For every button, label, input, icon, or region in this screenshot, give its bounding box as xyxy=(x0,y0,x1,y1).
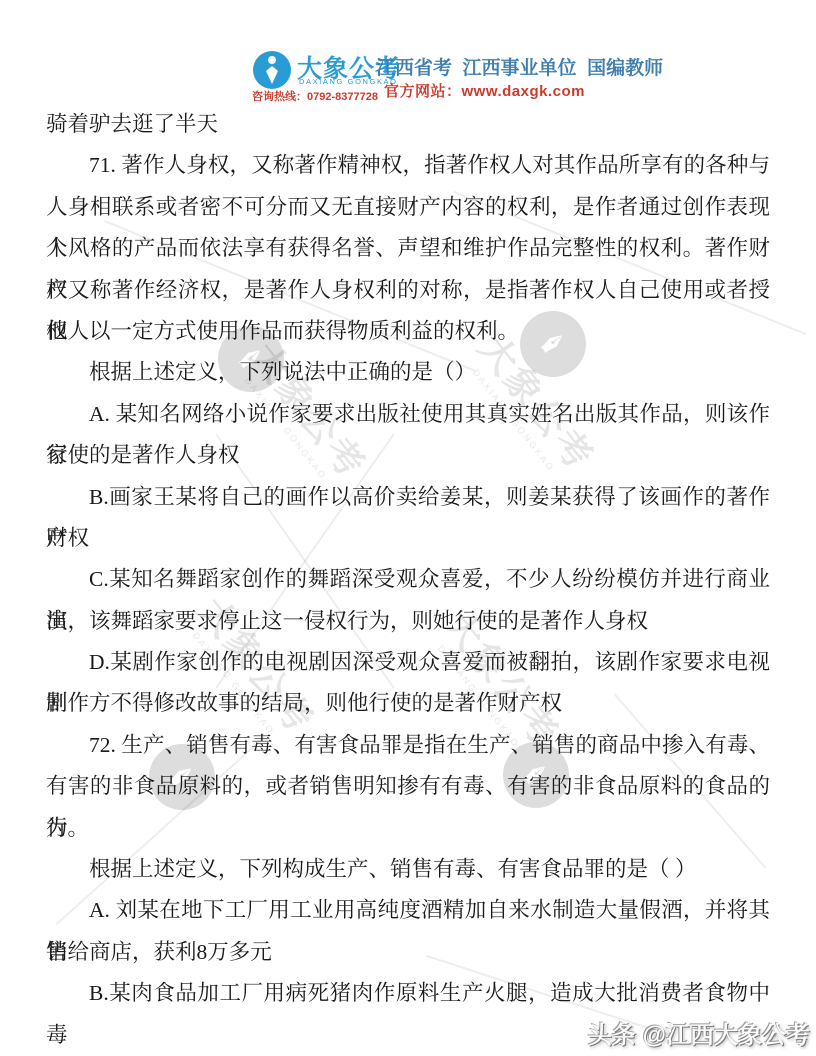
option-a-line: A. 某知名网络小说作家要求出版社使用其真实姓名出版其作品，则该作家 xyxy=(46,394,770,435)
option-a-line: A. 刘某在地下工厂用工业用高纯度酒精加自来水制造大量假酒，并将其销 xyxy=(46,890,770,931)
option-c-line: 出，该舞蹈家要求停止这一侵权行为，则她行使的是著作人身权 xyxy=(46,601,770,642)
option-b-line: 产权 xyxy=(46,518,770,559)
daxiang-elephant-logo-icon xyxy=(253,51,291,89)
text-line: 他人以一定方式使用作品而获得物质利益的权利。 xyxy=(46,311,770,352)
document-body: 骑着驴去逛了半天 71. 著作人身权，又称著作精神权，指著作权人对其作品所享有的… xyxy=(46,104,770,1015)
question-72-prompt: 根据上述定义，下列构成生产、销售有毒、有害食品罪的是（ ） xyxy=(46,849,770,890)
text-line: 骑着驴去逛了半天 xyxy=(46,104,770,145)
option-a-line: 售给商店，获利8万多元 xyxy=(46,932,770,973)
option-b-line: B.某肉食品加工厂用病死猪肉作原料生产火腿，造成大批消费者食物中毒 xyxy=(46,973,770,1014)
question-71-stem: 71. 著作人身权，又称著作精神权，指著作权人对其作品所享有的各种与 xyxy=(46,145,770,186)
text-line: 为。 xyxy=(46,808,770,849)
option-d-line: D.某剧作家创作的电视剧因深受观众喜爱而被翻拍，该剧作家要求电视剧 xyxy=(46,642,770,683)
website-text: 官方网站：www.daxgk.com xyxy=(384,80,585,101)
question-72-stem: 72. 生产、销售有毒、有害食品罪是指在生产、销售的商品中掺入有毒、 xyxy=(46,725,770,766)
question-71-prompt: 根据上述定义，下列说法中正确的是（） xyxy=(46,352,770,393)
logo-tie-shape xyxy=(266,66,278,84)
text-line: 权又称著作经济权，是著作人身权利的对称，是指著作权人自己使用或者授权 xyxy=(46,270,770,311)
logo-dot-shape xyxy=(268,56,276,64)
option-d-line: 制作方不得修改故事的结局，则他行使的是著作财产权 xyxy=(46,683,770,724)
text-line: 有害的非食品原料的，或者销售明知掺有有毒、有害的非食品原料的食品的行 xyxy=(46,766,770,807)
hotline-text: 咨询热线：0792-8377728 xyxy=(252,88,378,104)
option-b-line: B.画家王某将自己的画作以高价卖给姜某，则姜某获得了该画作的著作财 xyxy=(46,477,770,518)
option-c-line: C.某知名舞蹈家创作的舞蹈深受观众喜爱，不少人纷纷模仿并进行商业演 xyxy=(46,559,770,600)
text-line: 人风格的产品而依法享有获得名誉、声望和维护作品完整性的权利。著作财产 xyxy=(46,228,770,269)
option-a-line: 行使的是著作人身权 xyxy=(46,435,770,476)
letterhead: 大象公考 DAXIANG GONGKAO 咨询热线：0792-8377728 江… xyxy=(0,0,816,110)
exam-page: ✒ ✒ ✒ ✒ 大象公考 DAXIANG GONGKAO 大象公考 DAXIAN… xyxy=(0,0,816,1056)
text-line: 人身相联系或者密不可分而又无直接财产内容的权利，是作者通过创作表现个 xyxy=(46,187,770,228)
tagline-text: 江西省考 江西事业单位 国编教师 xyxy=(376,53,663,80)
toutiao-watermark: 头条 @江西大象公考 xyxy=(588,1015,810,1050)
